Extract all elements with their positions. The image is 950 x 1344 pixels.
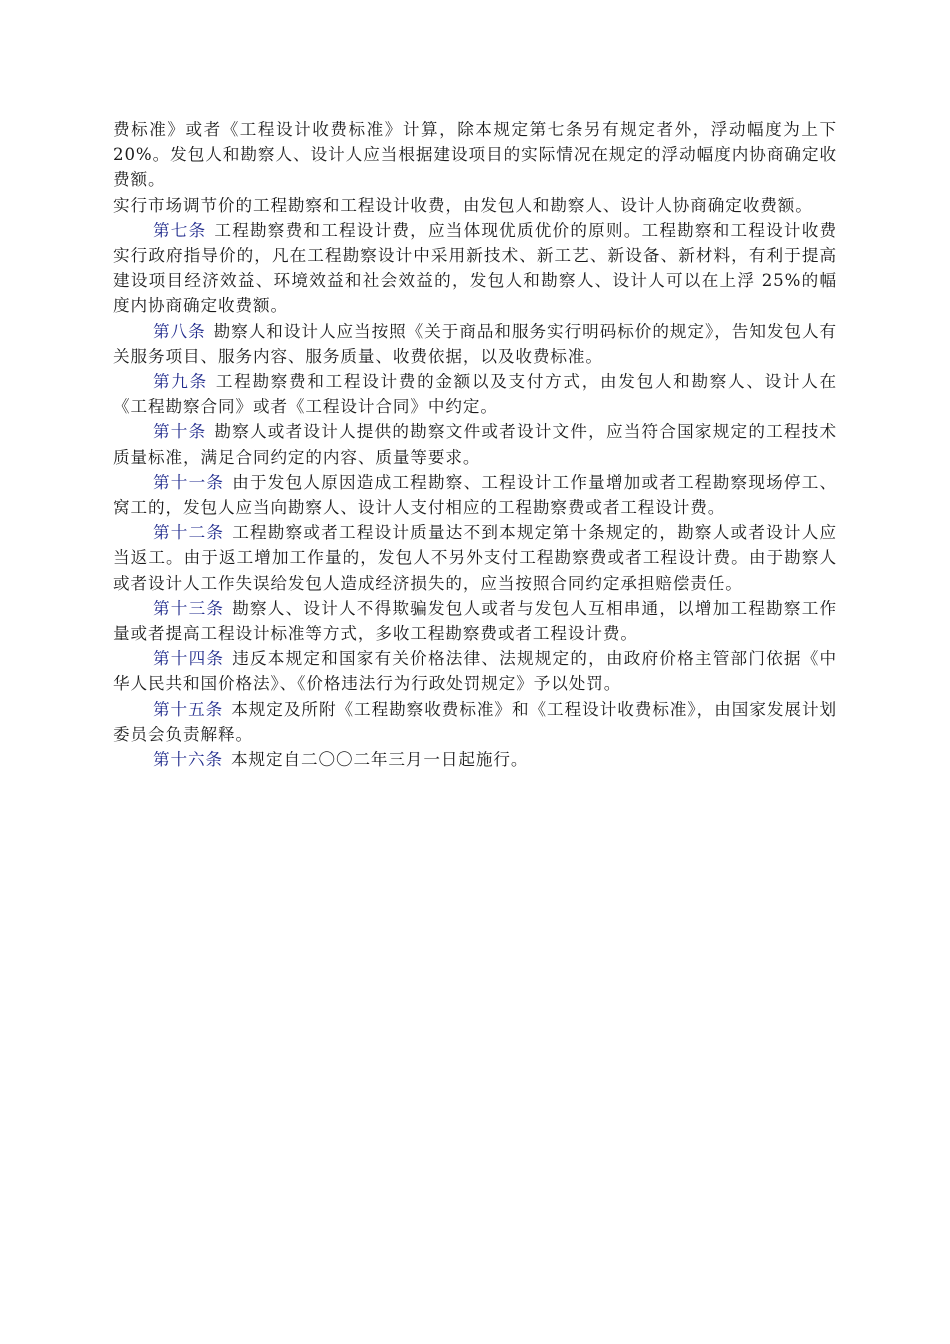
paragraph-text: 实行市场调节价的工程勘察和工程设计收费，由发包人和勘察人、设计人协商确定收费额。: [113, 196, 813, 215]
article-9: 第九条工程勘察费和工程设计费的金额以及支付方式，由发包人和勘察人、设计人在《工程…: [113, 369, 837, 419]
article-number: 第十六条: [153, 750, 223, 769]
article-text: 勘察人和设计人应当按照《关于商品和服务实行明码标价的规定》，告知发包人有关服务项…: [113, 322, 837, 366]
article-12: 第十二条工程勘察或者工程设计质量达不到本规定第十条规定的，勘察人或者设计人应当返…: [113, 520, 837, 596]
article-13: 第十三条勘察人、设计人不得欺骗发包人或者与发包人互相串通，以增加工程勘察工作量或…: [113, 596, 837, 646]
article-15: 第十五条本规定及所附《工程勘察收费标准》和《工程设计收费标准》，由国家发展计划委…: [113, 697, 837, 747]
article-number: 第十三条: [153, 599, 224, 618]
article-text: 勘察人或者设计人提供的勘察文件或者设计文件，应当符合国家规定的工程技术质量标准，…: [113, 422, 837, 466]
article-text: 工程勘察费和工程设计费，应当体现优质优价的原则。工程勘察和工程设计收费实行政府指…: [113, 221, 837, 316]
article-number: 第十一条: [153, 473, 224, 492]
document-page: 费标准》或者《工程设计收费标准》计算，除本规定第七条另有规定者外，浮动幅度为上下…: [113, 117, 837, 772]
paragraph-market-price: 实行市场调节价的工程勘察和工程设计收费，由发包人和勘察人、设计人协商确定收费额。: [113, 193, 837, 218]
article-text: 本规定自二〇〇二年三月一日起施行。: [231, 750, 528, 769]
article-number: 第八条: [153, 322, 206, 341]
article-number: 第十二条: [153, 523, 224, 542]
article-number: 第七条: [153, 221, 206, 240]
article-11: 第十一条由于发包人原因造成工程勘察、工程设计工作量增加或者工程勘察现场停工、窝工…: [113, 470, 837, 520]
article-14: 第十四条违反本规定和国家有关价格法律、法规规定的，由政府价格主管部门依据《中华人…: [113, 646, 837, 696]
article-7: 第七条工程勘察费和工程设计费，应当体现优质优价的原则。工程勘察和工程设计收费实行…: [113, 218, 837, 319]
paragraph-fee-float: 费标准》或者《工程设计收费标准》计算，除本规定第七条另有规定者外，浮动幅度为上下…: [113, 117, 837, 193]
article-10: 第十条勘察人或者设计人提供的勘察文件或者设计文件，应当符合国家规定的工程技术质量…: [113, 419, 837, 469]
article-16: 第十六条本规定自二〇〇二年三月一日起施行。: [113, 747, 837, 772]
article-number: 第十四条: [153, 649, 224, 668]
article-number: 第十五条: [153, 700, 223, 719]
article-8: 第八条勘察人和设计人应当按照《关于商品和服务实行明码标价的规定》，告知发包人有关…: [113, 319, 837, 369]
article-number: 第九条: [153, 372, 208, 391]
article-number: 第十条: [153, 422, 206, 441]
article-text: 工程勘察费和工程设计费的金额以及支付方式，由发包人和勘察人、设计人在《工程勘察合…: [113, 372, 837, 416]
paragraph-text: 费标准》或者《工程设计收费标准》计算，除本规定第七条另有规定者外，浮动幅度为上下…: [113, 120, 837, 189]
